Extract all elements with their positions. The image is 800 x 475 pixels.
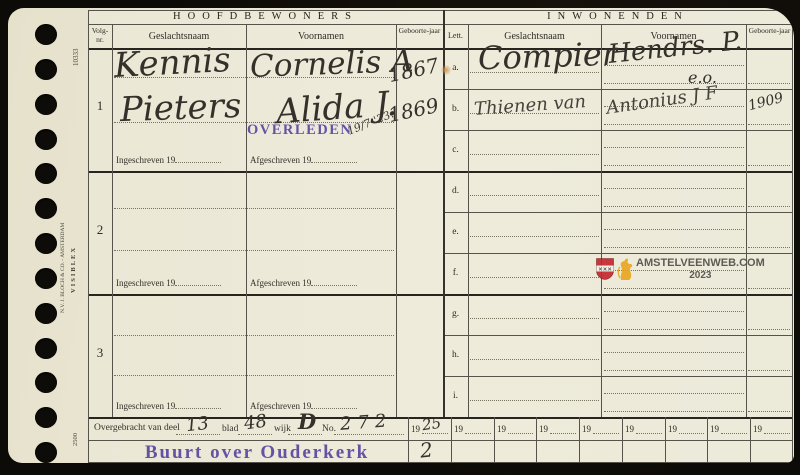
year-prefix: 19 xyxy=(710,424,719,434)
watermark-text: AMSTELVEENWEB.COM 2023 xyxy=(636,257,765,281)
dotted-fill xyxy=(764,424,790,434)
ingeschreven-text: Ingeschreven 19 xyxy=(116,155,175,165)
row-b-surname: Thienen van xyxy=(473,91,586,120)
transfer-wijk-value: D xyxy=(298,409,316,434)
brand-vertical: VISIBLEX xyxy=(70,183,77,293)
ingeschreven-label-1: Ingeschreven 19 xyxy=(116,154,221,165)
entry2-surname: Pieters xyxy=(119,86,242,130)
ingeschreven-label-3: Ingeschreven 19 xyxy=(116,400,221,411)
transfer-wijk-label: wijk xyxy=(274,424,291,434)
year-cell-4: 19 xyxy=(536,417,579,440)
overleden-stamp: OVERLEDEN xyxy=(247,122,352,139)
row-b-firstnames: Antonius J F xyxy=(605,82,719,118)
watermark: ✕✕✕ AMSTELVEENWEB.COM 2023 xyxy=(596,257,765,281)
letter-d: d. xyxy=(443,186,468,196)
paper-stain xyxy=(440,65,452,75)
letter-e: e. xyxy=(443,227,468,237)
year-prefix: 19 xyxy=(625,424,634,434)
register-table: HOOFDBEWONERS INWONENDEN Volg-nr. Geslac… xyxy=(88,10,793,463)
scan-background: 10333 VISIBLEX N.V. J. BLOCH & CO. - AMS… xyxy=(0,0,800,475)
letter-h: h. xyxy=(443,350,468,360)
letter-f: f. xyxy=(443,268,468,278)
district-stamp: Buurt over Ouderkerk xyxy=(122,442,392,463)
afgeschreven-label-2: Afgeschreven 19 xyxy=(250,277,357,288)
block-number-1: 1 xyxy=(88,98,112,114)
col-header-lett: Lett. xyxy=(443,31,468,40)
dotted-fill xyxy=(175,400,221,409)
letter-g: g. xyxy=(443,309,468,319)
dotted-fill xyxy=(721,424,747,434)
serial-number-bottom: 2500 xyxy=(72,410,79,446)
dotted-fill xyxy=(636,424,662,434)
dotted-fill xyxy=(465,424,491,434)
section-title-hoofdbewoners: HOOFDBEWONERS xyxy=(88,10,443,24)
serial-number-top: 10333 xyxy=(72,16,80,66)
afgeschreven-text: Afgeschreven 19 xyxy=(250,155,311,165)
ingeschreven-text: Ingeschreven 19 xyxy=(116,401,175,411)
col-header-birthyear-right: Geboorte-jaar xyxy=(746,27,793,36)
year-cell-2: 19 xyxy=(451,417,494,440)
transfer-deel-value: 13 xyxy=(185,413,210,436)
watermark-site: AMSTELVEENWEB.COM xyxy=(636,257,765,270)
year-prefix: 19 xyxy=(539,424,548,434)
dotted-fill xyxy=(175,154,221,163)
dotted-fill xyxy=(175,277,221,286)
dotted-fill xyxy=(550,424,576,434)
row-a-surname: Compier xyxy=(477,35,617,78)
year-prefix: 19 xyxy=(668,424,677,434)
brand-sub-vertical: N.V. J. BLOCH & CO. - AMSTERDAM xyxy=(60,173,66,313)
dotted-fill xyxy=(311,400,357,409)
transfer-no-value: 272 xyxy=(339,410,393,435)
watermark-lion-icon xyxy=(617,257,633,281)
year-cell-7: 19 xyxy=(665,417,707,440)
block-number-3: 3 xyxy=(88,345,112,361)
ingeschreven-label-2: Ingeschreven 19 xyxy=(116,277,221,288)
first-year-handwritten: 25 xyxy=(421,414,442,434)
entry1-surname: Kennis xyxy=(113,40,232,86)
dotted-fill xyxy=(508,424,533,434)
afgeschreven-text: Afgeschreven 19 xyxy=(250,278,311,288)
row-b-year: 1909 xyxy=(747,90,785,114)
year-cell-8: 19 xyxy=(707,417,750,440)
letter-c: c. xyxy=(443,145,468,155)
year-prefix: 19 xyxy=(454,424,463,434)
col-header-firstnames-left: Voornamen xyxy=(246,31,396,42)
svg-text:✕✕✕: ✕✕✕ xyxy=(598,267,612,273)
watermark-year: 2023 xyxy=(636,270,765,282)
transfer-blad-label: blad xyxy=(222,424,238,434)
year-prefix: 19 xyxy=(582,424,591,434)
year-prefix: 19 xyxy=(411,424,420,434)
register-card: 10333 VISIBLEX N.V. J. BLOCH & CO. - AMS… xyxy=(8,8,794,463)
year-cell-9: 19 xyxy=(750,417,793,440)
watermark-shield-icon: ✕✕✕ xyxy=(596,258,614,280)
dotted-fill xyxy=(679,424,704,434)
ingeschreven-text: Ingeschreven 19 xyxy=(116,278,175,288)
letter-i: i. xyxy=(443,391,468,401)
year-prefix: 19 xyxy=(497,424,506,434)
year-cell-3: 19 xyxy=(494,417,536,440)
year-cell-6: 19 xyxy=(622,417,665,440)
year-prefix: 19 xyxy=(753,424,762,434)
transfer-no-label: No. xyxy=(322,424,336,434)
afgeschreven-label-1: Afgeschreven 19 xyxy=(250,154,357,165)
year-cell-5: 19 xyxy=(579,417,622,440)
transfer-label: Overgebracht van deel xyxy=(94,423,180,433)
section-title-inwonenden: INWONENDEN xyxy=(443,10,793,24)
col-header-volgnr: Volg-nr. xyxy=(88,27,112,44)
dotted-fill xyxy=(311,154,357,163)
letter-b: b. xyxy=(443,104,468,114)
dotted-fill xyxy=(593,424,619,434)
block-number-2: 2 xyxy=(88,222,112,238)
transfer-blad-value: 48 xyxy=(243,411,269,435)
dotted-fill xyxy=(311,277,357,286)
col-header-birthyear-left: Geboorte-jaar xyxy=(396,27,443,36)
page-number-handwritten: 2 xyxy=(419,437,434,462)
